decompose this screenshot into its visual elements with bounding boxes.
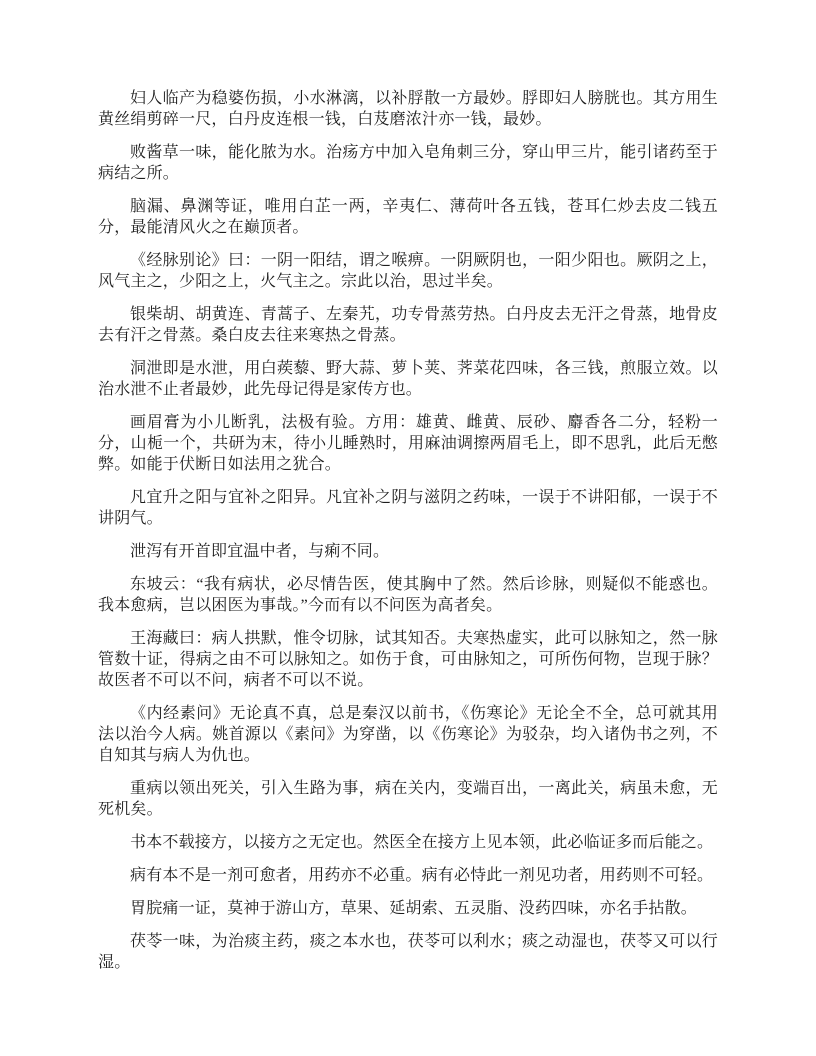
text-block: 妇人临产为稳婆伤损，小水淋漓，以补脬散一方最妙。脬即妇人膀胱也。其方用生黄丝绢剪… [98,88,718,973]
paragraph: 凡宜升之阳与宜补之阳异。凡宜补之阴与滋阴之药味，一误于不讲阳郁，一误于不讲阴气。 [98,487,718,529]
paragraph: 重病以领出死关，引入生路为事，病在关内，变端百出，一离此关，病虽未愈，无死机矣。 [98,778,718,820]
paragraph: 病有本不是一剂可愈者，用药亦不必重。病有必恃此一剂见功者，用药则不可轻。 [98,865,718,886]
paragraph: 洞泄即是水泄，用白蒺藜、野大蒜、萝卜荚、荠菜花四味，各三钱，煎服立效。以治水泄不… [98,358,718,400]
paragraph: 泄泻有开首即宜温中者，与痢不同。 [98,541,718,562]
document-page: 妇人临产为稳婆伤损，小水淋漓，以补脬散一方最妙。脬即妇人膀胱也。其方用生黄丝绢剪… [0,0,816,1056]
paragraph: 《内经素问》无论真不真，总是秦汉以前书，《伤寒论》无论全不全，总可就其用法以治今… [98,703,718,766]
paragraph: 画眉膏为小儿断乳，法极有验。方用：雄黄、雌黄、辰砂、麝香各二分，轻粉一分，山栀一… [98,412,718,475]
paragraph: 茯苓一味，为治痰主药，痰之本水也，茯苓可以利水；痰之动湿也，茯苓又可以行湿。 [98,931,718,973]
paragraph: 脑漏、鼻渊等证，唯用白芷一两，辛夷仁、薄荷叶各五钱，苍耳仁炒去皮二钱五分，最能清… [98,196,718,238]
paragraph: 书本不载接方，以接方之无定也。然医全在接方上见本领，此必临证多而后能之。 [98,832,718,853]
paragraph: 王海藏曰：病人拱默，惟令切脉，试其知否。夫寒热虚实，此可以脉知之，然一脉管数十证… [98,628,718,691]
paragraph: 妇人临产为稳婆伤损，小水淋漓，以补脬散一方最妙。脬即妇人膀胱也。其方用生黄丝绢剪… [98,88,718,130]
paragraph: 胃脘痛一证，莫神于游山方，草果、延胡索、五灵脂、没药四味，亦名手拈散。 [98,898,718,919]
paragraph: 《经脉别论》曰：一阴一阳结，谓之喉痹。一阴厥阴也，一阳少阳也。厥阴之上，风气主之… [98,250,718,292]
paragraph: 败酱草一味，能化脓为水。治疡方中加入皂角刺三分，穿山甲三片，能引诸药至于病结之所… [98,142,718,184]
paragraph: 银柴胡、胡黄连、青蒿子、左秦艽，功专骨蒸劳热。白丹皮去无汗之骨蒸，地骨皮去有汗之… [98,304,718,346]
paragraph: 东坡云：“我有病状，必尽情告医，使其胸中了然。然后诊脉，则疑似不能惑也。我本愈病… [98,574,718,616]
